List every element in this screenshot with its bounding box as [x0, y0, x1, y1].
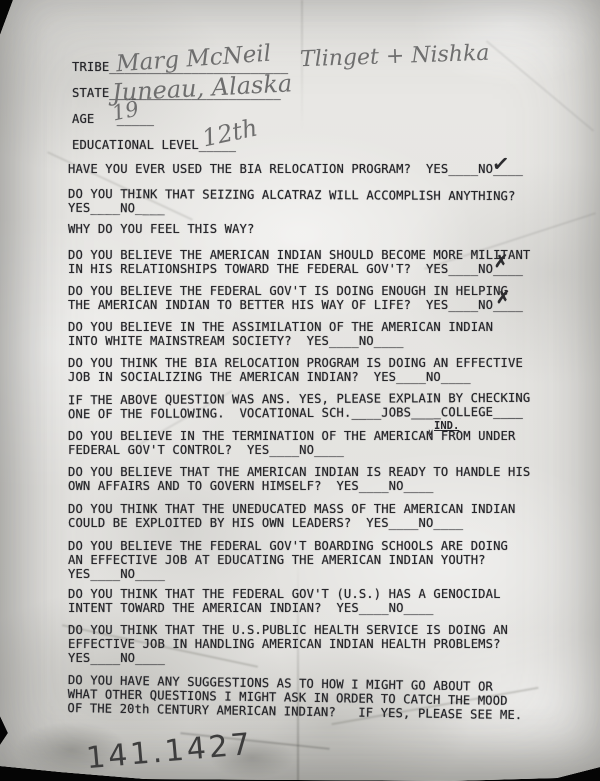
typed-line: DO YOU BELIEVE THE FEDERAL GOV'T IS DOIN…: [68, 284, 523, 298]
handwritten-x-mark: ✗: [496, 288, 510, 308]
question-uneducated-mass: DO YOU THINK THAT THE UNEDUCATED MASS OF…: [68, 502, 515, 530]
typed-line: DO YOU THINK THAT THE UNEDUCATED MASS OF…: [68, 502, 515, 516]
typed-line: DO YOU BELIEVE THAT THE AMERICAN INDIAN …: [68, 465, 530, 479]
question-explain-by-checking: IF THE ABOVE QUESTION WAS ANS. YES, PLEA…: [68, 391, 531, 421]
question-bia-used: HAVE YOU EVER USED THE BIA RELOCATION PR…: [68, 162, 523, 176]
document-photo: TRIBE________________________ STATE_____…: [0, 0, 600, 781]
typed-line: THE AMERICAN INDIAN TO BETTER HIS WAY OF…: [68, 298, 523, 312]
question-genocidal-intent: DO YOU THINK THAT THE FEDERAL GOV'T (U.S…: [68, 587, 501, 615]
insertion-caret-mark: ∨: [428, 428, 433, 438]
crumpled-paper: TRIBE________________________ STATE_____…: [0, 0, 600, 781]
handwritten-tribe-affiliation: Tlinget + Nishka: [300, 41, 490, 73]
typed-line: DO YOU THINK THAT THE FEDERAL GOV'T (U.S…: [68, 587, 501, 601]
typed-line: ONE OF THE FOLLOWING. VOCATIONAL SCH.___…: [68, 405, 530, 421]
typed-line: DO YOU BELIEVE THE AMERICAN INDIAN SHOUL…: [68, 248, 530, 262]
question-govt-doing-enough: DO YOU BELIEVE THE FEDERAL GOV'T IS DOIN…: [68, 284, 523, 312]
handwritten-catalog-number: 141.1427: [85, 727, 255, 776]
typed-insertion-note: IND.: [434, 420, 459, 432]
question-self-govern: DO YOU BELIEVE THAT THE AMERICAN INDIAN …: [68, 465, 530, 493]
typed-line: YES____NO____: [68, 651, 508, 665]
question-bia-socializing: DO YOU THINK THE BIA RELOCATION PROGRAM …: [68, 356, 523, 384]
question-boarding-schools: DO YOU BELIEVE THE FEDERAL GOV'T BOARDIN…: [68, 539, 508, 581]
handwritten-check-mark: ✓: [491, 150, 511, 177]
handwritten-x-mark: ✗: [494, 252, 508, 272]
typed-line: AN EFFECTIVE JOB AT EDUCATING THE AMERIC…: [68, 553, 508, 567]
typed-line: FEDERAL GOV'T CONTROL? YES____NO____: [68, 443, 515, 457]
question-health-service: DO YOU THINK THAT THE U.S.PUBLIC HEALTH …: [68, 623, 508, 665]
typed-line: INTENT TOWARD THE AMERICAN INDIAN? YES__…: [68, 601, 501, 615]
typed-line: EFFECTIVE JOB IN HANDLING AMERICAN INDIA…: [68, 637, 508, 651]
handwritten-educational-level: 12th: [200, 114, 260, 153]
typed-line: INTO WHITE MAINSTREAM SOCIETY? YES____NO…: [68, 334, 493, 348]
typed-line: DO YOU BELIEVE THE FEDERAL GOV'T BOARDIN…: [68, 539, 508, 553]
question-termination: DO YOU BELIEVE IN THE TERMINATION OF THE…: [68, 429, 515, 457]
typed-line: COULD BE EXPLOITED BY HIS OWN LEADERS? Y…: [68, 516, 515, 530]
question-more-militant: DO YOU BELIEVE THE AMERICAN INDIAN SHOUL…: [68, 248, 530, 276]
typed-line: DO YOU BELIEVE IN THE ASSIMILATION OF TH…: [68, 320, 493, 334]
question-suggestions: DO YOU HAVE ANY SUGGESTIONS AS TO HOW I …: [67, 673, 523, 722]
typed-line: HAVE YOU EVER USED THE BIA RELOCATION PR…: [68, 162, 523, 176]
typed-line: YES____NO____: [68, 201, 516, 217]
typed-line: DO YOU THINK THAT THE U.S.PUBLIC HEALTH …: [68, 623, 508, 637]
typed-line: YES____NO____: [68, 567, 508, 581]
question-seizing-alcatraz: DO YOU THINK THAT SEIZING ALCATRAZ WILL …: [68, 187, 516, 217]
typed-line: DO YOU THINK THE BIA RELOCATION PROGRAM …: [68, 356, 523, 370]
question-assimilation: DO YOU BELIEVE IN THE ASSIMILATION OF TH…: [68, 320, 493, 348]
typed-line: WHY DO YOU FEEL THIS WAY?: [68, 222, 254, 236]
question-why-feel: WHY DO YOU FEEL THIS WAY?: [68, 222, 254, 236]
paper-crease: [486, 40, 595, 132]
typed-line: IN HIS RELATIONSHIPS TOWARD THE FEDERAL …: [68, 262, 530, 276]
typed-line: JOB IN SOCIALIZING THE AMERICAN INDIAN? …: [68, 370, 523, 384]
typed-line: OWN AFFAIRS AND TO GOVERN HIMSELF? YES__…: [68, 479, 530, 493]
